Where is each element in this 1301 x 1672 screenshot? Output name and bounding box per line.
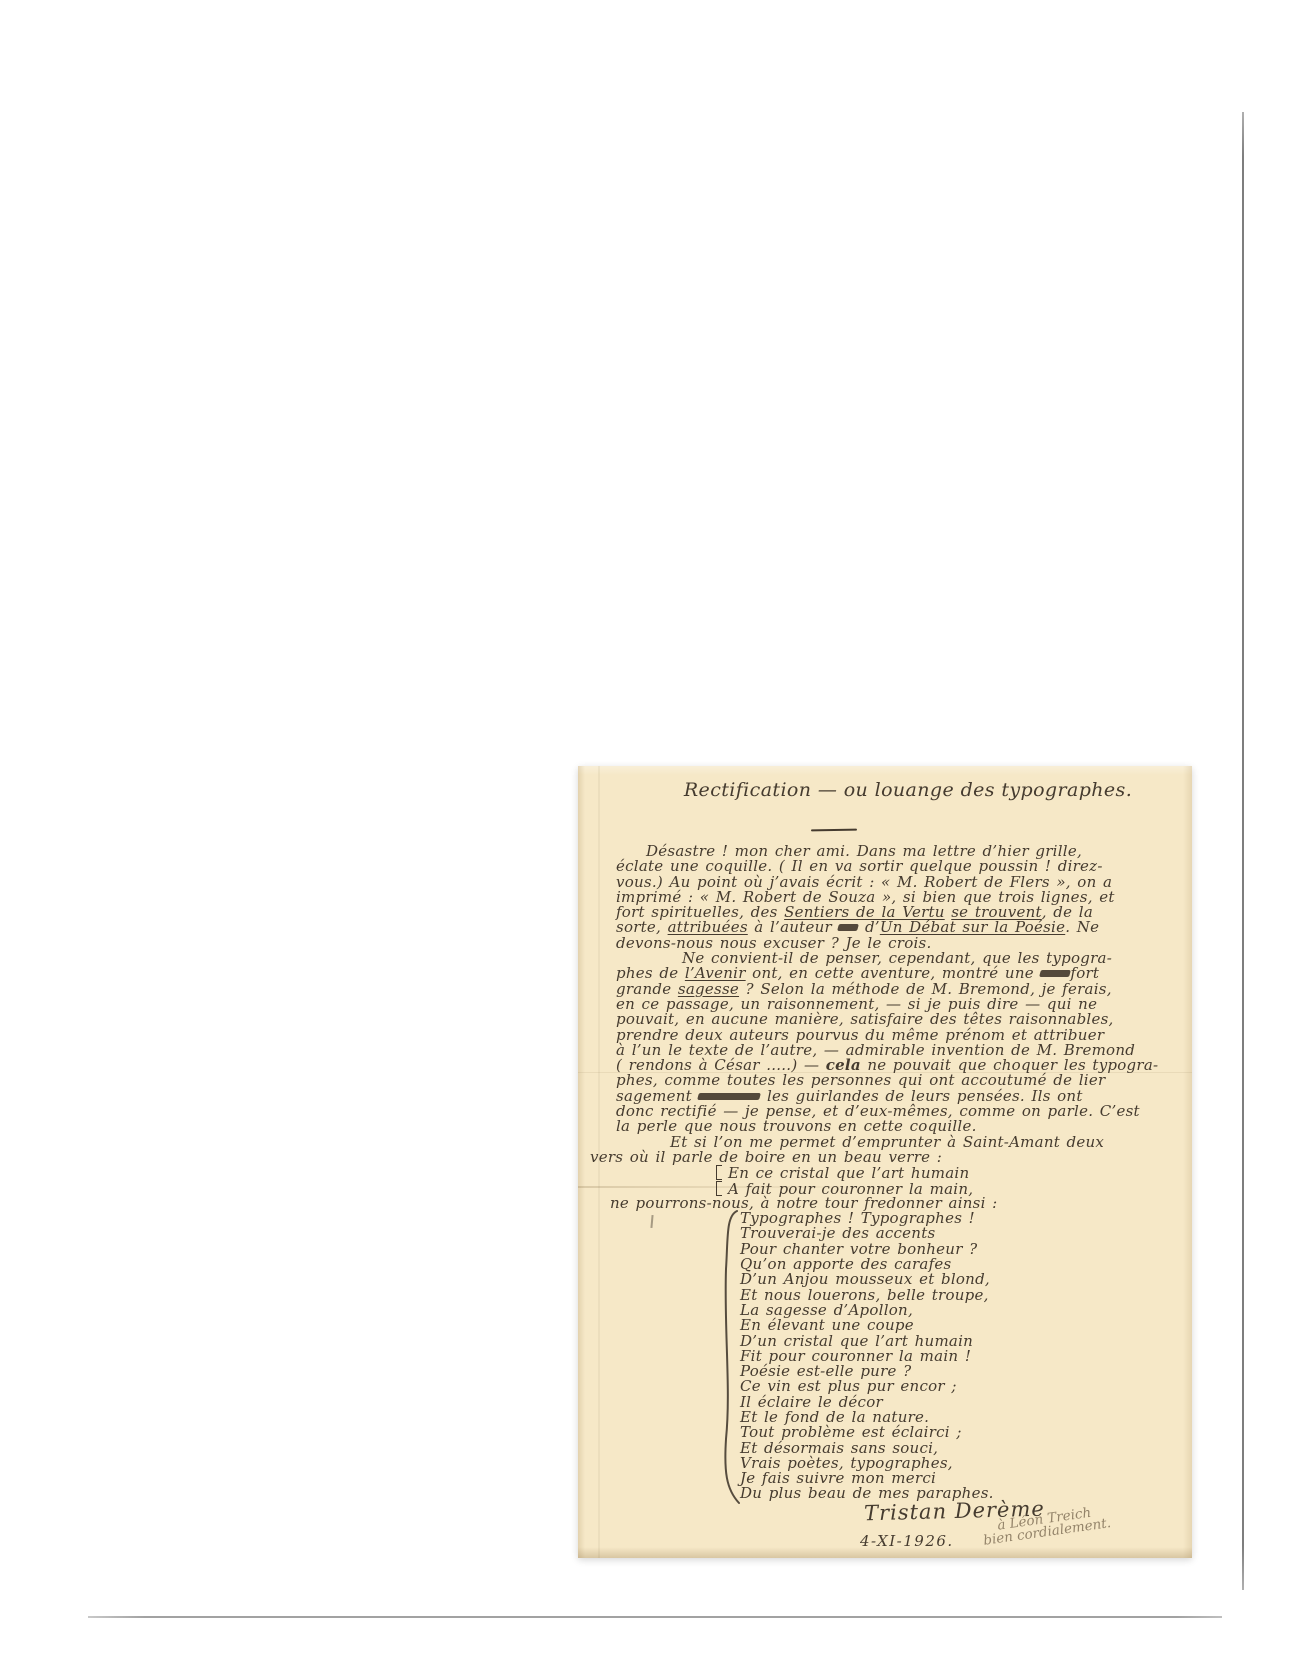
poem-lines: Typographes ! Typographes !Trouverai-je … (740, 1211, 1182, 1517)
paragraph-opening: Désastre ! mon cher ami. Dans ma lettre … (616, 844, 1182, 951)
date: 4-XI-1926. (860, 1532, 954, 1550)
paragraph-typographers: Ne convient-il de penser, cependant, que… (616, 951, 1182, 1135)
right-divider-line (1242, 112, 1244, 1590)
title-dash-rule (811, 829, 857, 832)
manuscript-scan: Rectification — ou louange des typograph… (578, 766, 1192, 1558)
pencil-tick-mark (650, 1215, 653, 1228)
poem-brace (716, 1207, 742, 1509)
paragraph-saint-amant: Et si l’on me permet d’emprunter à Saint… (616, 1135, 1182, 1166)
bottom-divider-line (88, 1616, 1222, 1618)
manuscript-title: Rectification — ou louange des typograph… (640, 779, 1176, 801)
page-background: Rectification — ou louange des typograph… (0, 0, 1301, 1672)
manuscript-body: Désastre ! mon cher ami. Dans ma lettre … (616, 844, 1182, 1517)
poem-section: Typographes ! Typographes !Trouverai-je … (616, 1211, 1182, 1517)
quoted-couplet: En ce cristal que l’art humainA fait pou… (716, 1165, 1182, 1196)
